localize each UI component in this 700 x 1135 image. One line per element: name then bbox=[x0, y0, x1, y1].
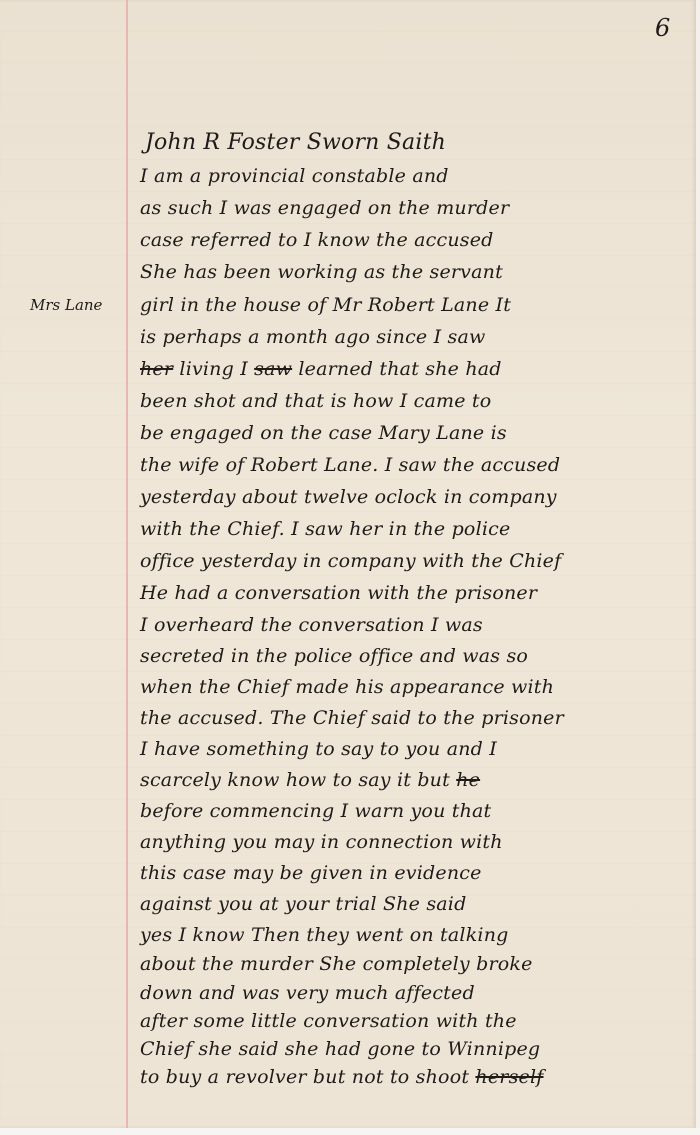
text-line: I am a provincial constable and bbox=[140, 165, 449, 187]
text-line: before commencing I warn you that bbox=[140, 800, 491, 822]
text-line: yesterday about twelve oclock in company bbox=[140, 486, 557, 508]
text-line: scarcely know how to say it but he bbox=[140, 769, 480, 791]
text-line: against you at your trial She said bbox=[140, 893, 466, 915]
text-line: She has been working as the servant bbox=[140, 261, 503, 283]
text-line: when the Chief made his appearance with bbox=[140, 676, 554, 698]
text-line: down and was very much affected bbox=[140, 982, 475, 1004]
text-line: as such I was engaged on the murder bbox=[140, 197, 509, 219]
text-line: yes I know Then they went on talking bbox=[140, 924, 509, 946]
text-line: about the murder She completely broke bbox=[140, 953, 533, 975]
text-line: I have something to say to you and I bbox=[140, 738, 497, 760]
text-line: been shot and that is how I came to bbox=[140, 390, 491, 412]
deposition-heading: John R Foster Sworn Saith bbox=[145, 130, 446, 155]
text-line: case referred to I know the accused bbox=[140, 229, 494, 251]
struck-word: he bbox=[456, 769, 480, 791]
text-line: anything you may in connection with bbox=[140, 831, 503, 853]
text-line: office yesterday in company with the Chi… bbox=[140, 550, 561, 572]
document-page: 6 John R Foster Sworn Saith Mrs Lane I a… bbox=[0, 0, 696, 1128]
text-line: after some little conversation with the bbox=[140, 1010, 517, 1032]
text-line: the wife of Robert Lane. I saw the accus… bbox=[140, 454, 560, 476]
text-line: is perhaps a month ago since I saw bbox=[140, 326, 486, 348]
struck-word: her bbox=[140, 358, 173, 380]
margin-note: Mrs Lane bbox=[30, 296, 102, 314]
text-line: girl in the house of Mr Robert Lane It bbox=[140, 294, 511, 316]
text-line: her living I saw learned that she had bbox=[140, 358, 502, 380]
text-line: with the Chief. I saw her in the police bbox=[140, 518, 510, 540]
text-line: I overheard the conversation I was bbox=[140, 614, 483, 636]
margin-rule bbox=[126, 0, 128, 1128]
scan-edge bbox=[0, 1128, 700, 1135]
text-line: be engaged on the case Mary Lane is bbox=[140, 422, 507, 444]
text-line: secreted in the police office and was so bbox=[140, 645, 528, 667]
text-line: to buy a revolver but not to shoot herse… bbox=[140, 1066, 544, 1088]
text-line: He had a conversation with the prisoner bbox=[140, 582, 537, 604]
text-line: the accused. The Chief said to the priso… bbox=[140, 707, 564, 729]
page-number: 6 bbox=[655, 14, 670, 42]
struck-word: herself bbox=[475, 1066, 543, 1088]
text-line: Chief she said she had gone to Winnipeg bbox=[140, 1038, 540, 1060]
struck-word: saw bbox=[254, 358, 292, 380]
text-line: this case may be given in evidence bbox=[140, 862, 482, 884]
